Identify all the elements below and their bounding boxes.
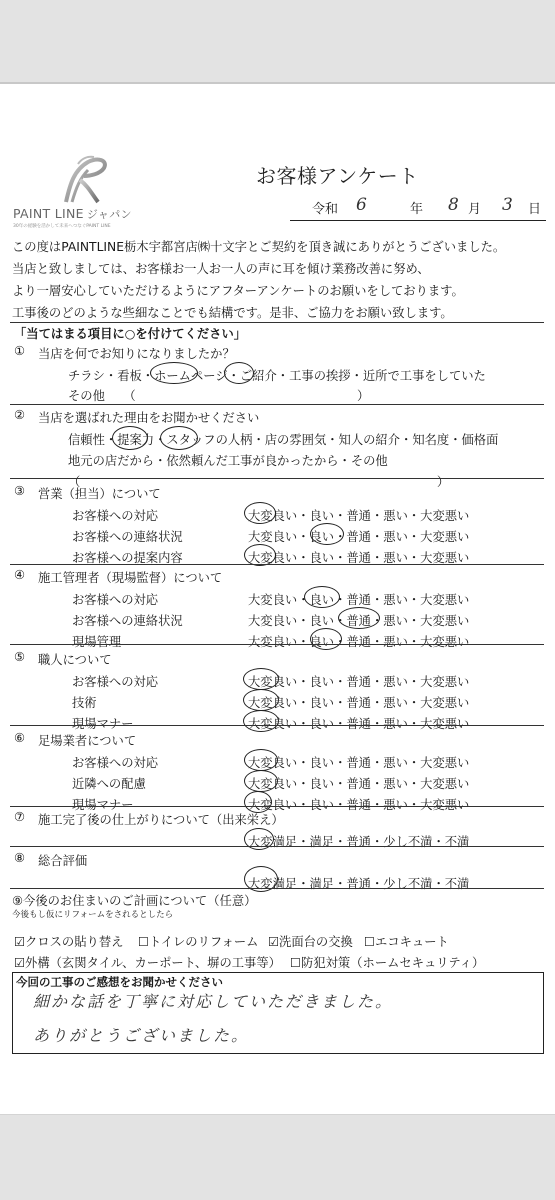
- checkbox-label: 防犯対策（ホームセキュリティ）: [301, 956, 484, 970]
- selection-circle: [244, 544, 276, 566]
- intro-line: 当店と致しましては、お客様お一人お一人の声に耳を傾け業務改善に努め、: [12, 258, 542, 280]
- comment-line: ありがとうございました。: [33, 1023, 249, 1046]
- selection-circle: [243, 668, 279, 690]
- checkbox-label: 外構（玄関タイル、カーポート、塀の工事等）: [25, 956, 281, 970]
- divider: [10, 846, 544, 847]
- intro-line: この度はPAINTLINE栃木宇都宮店㈱十文字とご契約を頂き誠にありがとうござい…: [12, 236, 542, 258]
- q8-number: ⑧: [14, 851, 25, 865]
- selection-circle: [244, 770, 278, 792]
- selection-circle-staff: [160, 426, 198, 450]
- date-field: 令和 6 年 8 月 3 日: [290, 196, 546, 221]
- checkbox-unchecked-icon: ☐: [364, 935, 375, 949]
- selection-circle: [310, 628, 342, 650]
- intro-line: より一層安心していただけるようにアフターアンケートのお願いをしております。: [12, 280, 542, 302]
- q5-row-scale[interactable]: 大変良い・良い・普通・悪い・大変悪い: [248, 693, 469, 711]
- era-label: 令和: [312, 198, 338, 217]
- checkbox-cross[interactable]: ☑クロスの貼り替え: [14, 932, 123, 950]
- checkbox-unchecked-icon: ☐: [290, 956, 301, 970]
- q5-number: ⑤: [14, 650, 25, 664]
- year-label: 年: [410, 198, 423, 217]
- q3-row-label: お客様への連絡状況: [72, 527, 183, 545]
- checkbox-toilet[interactable]: ☐トイレのリフォーム: [138, 932, 258, 950]
- q3-number: ③: [14, 484, 25, 498]
- divider: [10, 644, 544, 645]
- month-value: 8: [448, 195, 459, 215]
- comment-box[interactable]: 今回の工事のご感想をお聞かせください 細かな話を丁寧に対応していただきました。 …: [12, 972, 544, 1054]
- q6-row-scale[interactable]: 大変良い・良い・普通・悪い・大変悪い: [248, 753, 469, 771]
- comment-heading: 今回の工事のご感想をお聞かせください: [16, 974, 223, 990]
- checkbox-checked-icon: ☑: [14, 956, 25, 970]
- intro-text: この度はPAINTLINE栃木宇都宮店㈱十文字とご契約を頂き誠にありがとうござい…: [12, 236, 542, 324]
- q6-heading: 足場業者について: [38, 731, 136, 749]
- q7-number: ⑦: [14, 810, 25, 824]
- year-value: 6: [356, 195, 367, 215]
- selection-circle-homepage: [150, 362, 198, 384]
- selection-circle: [310, 523, 344, 545]
- selection-circle: [338, 607, 380, 629]
- top-frame: [0, 0, 555, 84]
- divider: [10, 564, 544, 565]
- q4-row-scale[interactable]: 大変良い・良い・普通・悪い・大変悪い: [248, 590, 469, 608]
- q3-row-scale[interactable]: 大変良い・良い・普通・悪い・大変悪い: [248, 527, 469, 545]
- checkbox-label: トイレのリフォーム: [149, 935, 258, 949]
- checkbox-checked-icon: ☑: [268, 935, 279, 949]
- q1-options[interactable]: チラシ・看板・ホームページ・ご紹介・工事の挨拶・近所で工事をしていた: [68, 366, 486, 384]
- brand-kana: ジャパン: [87, 208, 132, 221]
- q4-row-label: 現場管理: [72, 632, 121, 650]
- q6-number: ⑥: [14, 731, 25, 745]
- q8-scale[interactable]: 大変満足・満足・普通・少し不満・不満: [248, 874, 469, 892]
- checkbox-washstand[interactable]: ☑洗面台の交換: [268, 932, 353, 950]
- checkbox-unchecked-icon: ☐: [138, 935, 149, 949]
- selection-circle-referral: [224, 362, 254, 384]
- q1-question: 当店を何でお知りになりましたか？: [38, 344, 235, 362]
- brand-name: PAINT LINE: [13, 206, 84, 221]
- q1-other[interactable]: その他 （ ）: [68, 386, 369, 404]
- q4-row-scale[interactable]: 大変良い・良い・普通・悪い・大変悪い: [248, 632, 469, 650]
- q4-heading: 施工管理者（現場監督）について: [38, 568, 222, 586]
- q7-heading: 施工完了後の仕上がりについて（出来栄え）: [38, 810, 284, 828]
- bottom-frame: [0, 1114, 555, 1200]
- divider: [10, 478, 544, 479]
- q5-row-scale[interactable]: 大変良い・良い・普通・悪い・大変悪い: [248, 672, 469, 690]
- q7-scale[interactable]: 大変満足・満足・普通・少し不満・不満: [248, 832, 469, 850]
- divider: [10, 806, 544, 807]
- q5-row-label: 現場マナー: [72, 714, 134, 732]
- q9-note: 今後もし仮にリフォームをされるとしたら: [12, 908, 173, 920]
- q8-heading: 総合評価: [38, 851, 87, 869]
- q3-row-label: お客様への対応: [72, 506, 158, 524]
- divider: [10, 888, 544, 889]
- paint-line-logo-mark-icon: [58, 154, 112, 204]
- checkbox-security[interactable]: ☐防犯対策（ホームセキュリティ）: [290, 953, 484, 971]
- selection-circle: [243, 710, 279, 732]
- selection-circle: [244, 502, 276, 524]
- divider: [10, 725, 544, 726]
- q2-question: 当店を選ばれた理由をお聞かせください: [38, 408, 259, 426]
- checkbox-ecocute[interactable]: ☐エコキュート: [364, 932, 449, 950]
- q6-row-label: 近隣への配慮: [72, 774, 146, 792]
- logo-brand-text: PAINT LINEジャパン: [13, 206, 132, 222]
- selection-circle: [304, 586, 340, 608]
- q2-options-line2[interactable]: 地元の店だから・依然頼んだ工事が良かったから・その他: [68, 451, 388, 469]
- q5-heading: 職人について: [38, 650, 112, 668]
- company-logo: PAINT LINEジャパン 30年の経験を活かして未来へつなぐPAINT LI…: [10, 150, 160, 230]
- q3-row-scale[interactable]: 大変良い・良い・普通・悪い・大変悪い: [248, 506, 469, 524]
- q5-row-scale[interactable]: 大変良い・良い・普通・悪い・大変悪い: [248, 714, 469, 732]
- instruction-text: 「当てはまる項目に○を付けてください」: [14, 324, 246, 342]
- page-title: お客様アンケート: [256, 160, 419, 189]
- logo-tagline: 30年の経験を活かして未来へつなぐPAINT LINE: [13, 223, 111, 229]
- q2-number: ②: [14, 408, 25, 422]
- q6-row-label: お客様への対応: [72, 753, 158, 771]
- divider: [10, 322, 544, 323]
- checkbox-checked-icon: ☑: [14, 935, 25, 949]
- checkbox-label: クロスの貼り替え: [25, 935, 123, 949]
- month-label: 月: [468, 198, 481, 217]
- q9-heading: ⑨今後のお住まいのご計画について（任意）: [12, 891, 256, 909]
- q1-number: ①: [14, 344, 25, 358]
- q4-row-label: お客様への連絡状況: [72, 611, 183, 629]
- selection-circle: [243, 689, 279, 711]
- q4-row-label: お客様への対応: [72, 590, 158, 608]
- q4-number: ④: [14, 568, 25, 582]
- comment-line: 細かな話を丁寧に対応していただきました。: [33, 989, 393, 1012]
- checkbox-exterior[interactable]: ☑外構（玄関タイル、カーポート、塀の工事等）: [14, 953, 281, 971]
- q5-row-label: お客様への対応: [72, 672, 158, 690]
- day-label: 日: [528, 198, 541, 217]
- selection-circle: [244, 749, 278, 771]
- checkbox-label: 洗面台の交換: [279, 935, 353, 949]
- intro-line: 工事後のどのような些細なことでも結構です。是非、ご協力をお願い致します。: [12, 302, 542, 324]
- selection-circle-proposal: [112, 426, 148, 450]
- day-value: 3: [502, 195, 513, 215]
- q5-row-label: 技術: [72, 693, 97, 711]
- q3-heading: 営業（担当）について: [38, 484, 161, 502]
- q6-row-scale[interactable]: 大変良い・良い・普通・悪い・大変悪い: [248, 774, 469, 792]
- checkbox-label: エコキュート: [375, 935, 449, 949]
- divider: [10, 404, 544, 405]
